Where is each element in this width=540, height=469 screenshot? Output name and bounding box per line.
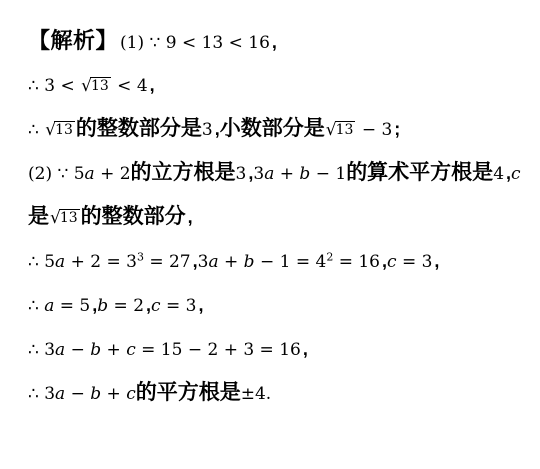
math-text: 3 bbox=[236, 164, 247, 184]
math-text: + bbox=[219, 252, 244, 272]
math-text: + 2 = 3 bbox=[65, 252, 137, 272]
solution-line: 【解析】(1) ∵ 9 < 13 < 16, bbox=[28, 26, 530, 56]
sqrt-expression: √13 bbox=[50, 203, 80, 233]
math-variable: b bbox=[90, 340, 101, 360]
math-text: = 15 − 2 + 3 = 16 bbox=[136, 340, 301, 360]
math-text: + bbox=[274, 164, 299, 184]
math-variable: a bbox=[264, 164, 274, 184]
solution-line: ∴ 5a + 2 = 33 = 27,3a + b − 1 = 42 = 16,… bbox=[28, 246, 530, 276]
math-variable: b bbox=[90, 384, 101, 404]
math-text: = 3 bbox=[161, 296, 197, 316]
math-text: 3 bbox=[202, 120, 213, 140]
math-variable: c bbox=[387, 252, 397, 272]
punctuation: , bbox=[150, 75, 155, 95]
math-text: ∴ bbox=[28, 296, 44, 316]
math-text: + bbox=[101, 340, 126, 360]
math-text: ∴ 3 bbox=[28, 384, 55, 404]
solution-line: ∴ a = 5,b = 2,c = 3, bbox=[28, 290, 530, 320]
radicand: 13 bbox=[54, 121, 75, 139]
radicand: 13 bbox=[90, 77, 111, 95]
math-text: = 2 bbox=[108, 296, 144, 316]
solution-document: 【解析】(1) ∵ 9 < 13 < 16,∴ 3 < √13 < 4,∴ √1… bbox=[0, 0, 540, 469]
chinese-text: 的立方根是 bbox=[131, 161, 236, 184]
math-text: + 2 bbox=[95, 164, 131, 184]
solution-line: ∴ 3a − b + c的平方根是±4. bbox=[28, 378, 530, 408]
solution-line: (2) ∵ 5a + 2的立方根是3,3a + b − 1的算术平方根是4,c bbox=[28, 158, 530, 188]
math-text: − 1 = 4 bbox=[255, 252, 327, 272]
math-variable: a bbox=[55, 252, 65, 272]
punctuation: ; bbox=[394, 119, 400, 139]
math-text: = 27 bbox=[144, 252, 191, 272]
punctuation: , bbox=[198, 295, 203, 315]
solution-line: 是√13的整数部分, bbox=[28, 202, 530, 232]
math-variable: a bbox=[44, 296, 54, 316]
math-text: ∴ 3 bbox=[28, 340, 55, 360]
math-variable: b bbox=[97, 296, 108, 316]
math-text: − bbox=[65, 340, 90, 360]
section-header-label: 【解析】 bbox=[28, 28, 118, 53]
punctuation: , bbox=[303, 339, 308, 359]
chinese-text: 的整数部分 bbox=[81, 205, 186, 228]
math-text: = 3 bbox=[397, 252, 433, 272]
math-text: = 5 bbox=[54, 296, 90, 316]
radicand: 13 bbox=[59, 209, 80, 227]
chinese-text: 的算术平方根是 bbox=[346, 161, 493, 184]
math-variable: a bbox=[55, 384, 65, 404]
math-text: − 1 bbox=[310, 164, 346, 184]
math-text: 3 bbox=[198, 252, 209, 272]
punctuation: , bbox=[434, 251, 439, 271]
math-variable: c bbox=[126, 340, 136, 360]
solution-line: ∴ 3 < √13 < 4, bbox=[28, 70, 530, 100]
math-text: ∴ 3 < bbox=[28, 76, 80, 96]
math-variable: b bbox=[299, 164, 310, 184]
math-variable: c bbox=[151, 296, 161, 316]
math-text: (1) ∵ 9 < 13 < 16 bbox=[120, 33, 270, 53]
math-variable: b bbox=[244, 252, 255, 272]
math-text: 4 bbox=[493, 164, 504, 184]
chinese-text: 小数部分是 bbox=[220, 117, 325, 140]
math-text: − bbox=[65, 384, 90, 404]
math-variable: c bbox=[126, 384, 136, 404]
chinese-text: 是 bbox=[28, 205, 49, 228]
math-text: ±4. bbox=[241, 384, 271, 404]
exponent-superscript: 3 bbox=[137, 250, 144, 263]
math-variable: a bbox=[85, 164, 95, 184]
sqrt-expression: √13 bbox=[326, 115, 356, 145]
sqrt-expression: √13 bbox=[81, 71, 111, 101]
math-text: ∴ 5 bbox=[28, 252, 55, 272]
punctuation: , bbox=[272, 32, 277, 52]
sqrt-expression: √13 bbox=[45, 115, 75, 145]
math-text: ∴ bbox=[28, 120, 44, 140]
math-text: 3 bbox=[253, 164, 264, 184]
math-text: = 16 bbox=[333, 252, 380, 272]
math-text: − 3 bbox=[356, 120, 392, 140]
math-text: (2) ∵ 5 bbox=[28, 164, 85, 184]
math-variable: a bbox=[208, 252, 218, 272]
chinese-text: 的整数部分是 bbox=[76, 117, 202, 140]
solution-line: ∴ √13的整数部分是3,小数部分是√13 − 3; bbox=[28, 114, 530, 144]
radicand: 13 bbox=[335, 121, 356, 139]
math-variable: c bbox=[511, 164, 521, 184]
solution-line: ∴ 3a − b + c = 15 − 2 + 3 = 16, bbox=[28, 334, 530, 364]
math-text: < 4 bbox=[112, 76, 148, 96]
punctuation: , bbox=[188, 207, 193, 227]
math-variable: a bbox=[55, 340, 65, 360]
math-text: + bbox=[101, 384, 126, 404]
solution-body: 【解析】(1) ∵ 9 < 13 < 16,∴ 3 < √13 < 4,∴ √1… bbox=[28, 26, 530, 408]
chinese-text: 的平方根是 bbox=[136, 381, 241, 404]
